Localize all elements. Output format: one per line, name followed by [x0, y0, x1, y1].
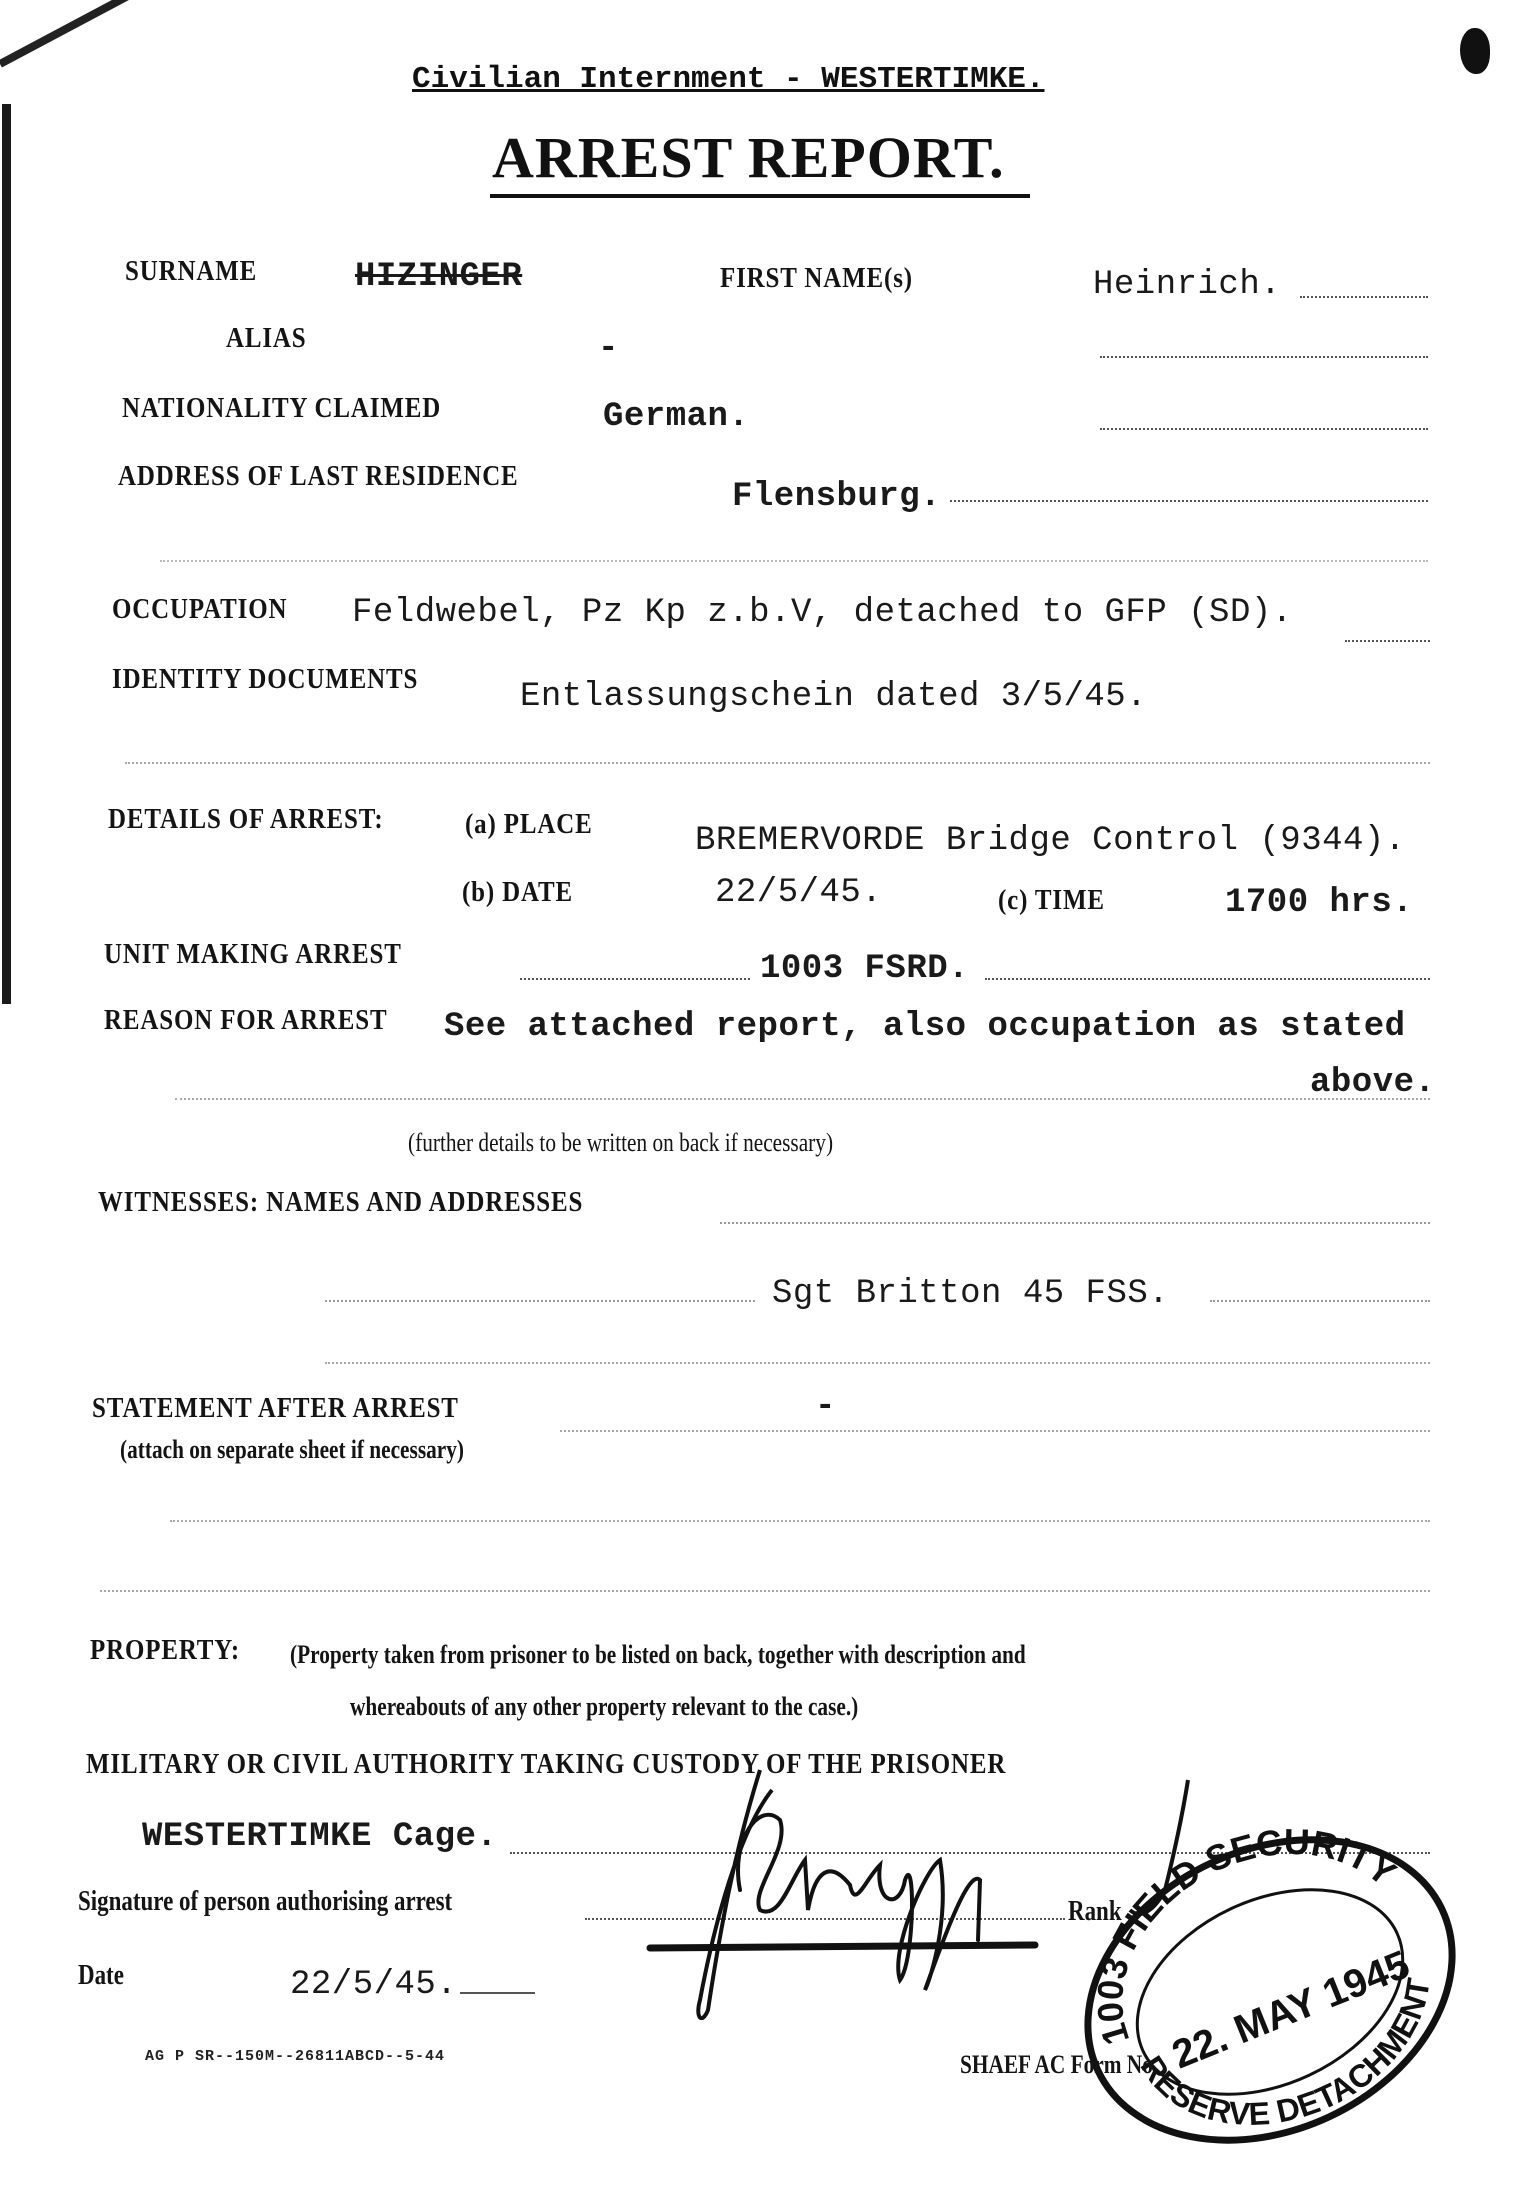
date-label: Date [78, 1960, 124, 1992]
first-name-label: FIRST NAME(s) [720, 262, 913, 295]
ink-blot [1460, 28, 1490, 74]
occupation-value[interactable]: Feldwebel, Pz Kp z.b.V, detached to GFP … [352, 594, 1293, 632]
address-label: ADDRESS OF LAST RESIDENCE [118, 460, 519, 493]
surname-label: SURNAME [125, 255, 257, 288]
identity-documents-line [125, 762, 1430, 764]
field-security-stamp: 1003 FIELD SECURITY RESERVE DETACHMENT 2… [1070, 1820, 1460, 2150]
witnesses-line-4 [325, 1362, 1430, 1364]
date-line [460, 1992, 535, 1994]
nationality-value[interactable]: German. [603, 398, 749, 436]
statement-label: STATEMENT AFTER ARREST [92, 1392, 459, 1425]
identity-documents-label: IDENTITY DOCUMENTS [112, 663, 418, 696]
occupation-line [1345, 640, 1430, 642]
arrest-date-label: (b) DATE [462, 876, 573, 909]
alias-line [1100, 356, 1428, 358]
statement-line [560, 1430, 1430, 1432]
arrest-place-label: (a) PLACE [465, 808, 593, 841]
first-name-value[interactable]: Heinrich. [1093, 266, 1281, 304]
signature-label: Signature of person authorising arrest [78, 1886, 452, 1918]
form-title: ARREST REPORT. [492, 124, 1005, 191]
scan-edge-left [2, 104, 11, 1004]
form-subtitle: Civilian Internment - WESTERTIMKE. [412, 62, 1045, 97]
address-line [950, 500, 1428, 502]
arrest-place-value[interactable]: BREMERVORDE Bridge Control (9344). [695, 822, 1406, 860]
nationality-label: NATIONALITY CLAIMED [122, 392, 441, 425]
statement-note: (attach on separate sheet if necessary) [120, 1435, 464, 1465]
arrest-time-label: (c) TIME [998, 884, 1105, 917]
witnesses-line-2 [325, 1300, 755, 1302]
arrest-date-value[interactable]: 22/5/45. [715, 874, 882, 912]
arrest-details-label: DETAILS OF ARREST: [108, 803, 384, 836]
date-value[interactable]: 22/5/45. [290, 1966, 457, 2004]
form-code: AG P SR--150M--26811ABCD--5-44 [145, 2048, 445, 2065]
custody-value[interactable]: WESTERTIMKE Cage. [142, 1818, 497, 1856]
unit-line-2 [985, 978, 1430, 980]
scan-edge-corner [0, 0, 165, 68]
unit-value[interactable]: 1003 FSRD. [760, 950, 969, 988]
witnesses-line [720, 1222, 1430, 1224]
property-note-line2: whereabouts of any other property releva… [350, 1692, 858, 1722]
reason-value-line1[interactable]: See attached report, also occupation as … [444, 1008, 1406, 1046]
witnesses-line-3 [1210, 1300, 1430, 1302]
statement-value[interactable]: - [815, 1388, 836, 1426]
address-line-2 [160, 560, 1428, 562]
reason-value-line2[interactable]: above. [1310, 1064, 1435, 1102]
statement-line-2 [170, 1520, 1430, 1522]
reason-line [175, 1098, 1430, 1100]
unit-label: UNIT MAKING ARREST [104, 938, 402, 971]
reason-label: REASON FOR ARREST [104, 1004, 387, 1037]
nationality-line [1100, 428, 1428, 430]
identity-documents-value[interactable]: Entlassungschein dated 3/5/45. [520, 678, 1147, 716]
alias-value[interactable]: - [598, 330, 619, 368]
witnesses-label: WITNESSES: NAMES AND ADDRESSES [98, 1186, 583, 1219]
reason-note: (further details to be written on back i… [408, 1128, 833, 1158]
address-value[interactable]: Flensburg. [732, 478, 941, 516]
arrest-time-value[interactable]: 1700 hrs. [1225, 884, 1413, 922]
witnesses-value[interactable]: Sgt Britton 45 FSS. [772, 1275, 1169, 1313]
first-name-line [1300, 296, 1428, 298]
property-note-line1: (Property taken from prisoner to be list… [290, 1640, 1026, 1670]
occupation-label: OCCUPATION [112, 593, 287, 626]
property-label: PROPERTY: [90, 1634, 240, 1667]
title-underline [490, 194, 1030, 198]
surname-value[interactable]: HIZINGER [355, 258, 522, 296]
alias-label: ALIAS [226, 322, 307, 355]
shaef-form-label: SHAEF AC Form No [960, 2050, 1153, 2080]
unit-line [520, 978, 750, 980]
statement-line-3 [100, 1590, 1430, 1592]
